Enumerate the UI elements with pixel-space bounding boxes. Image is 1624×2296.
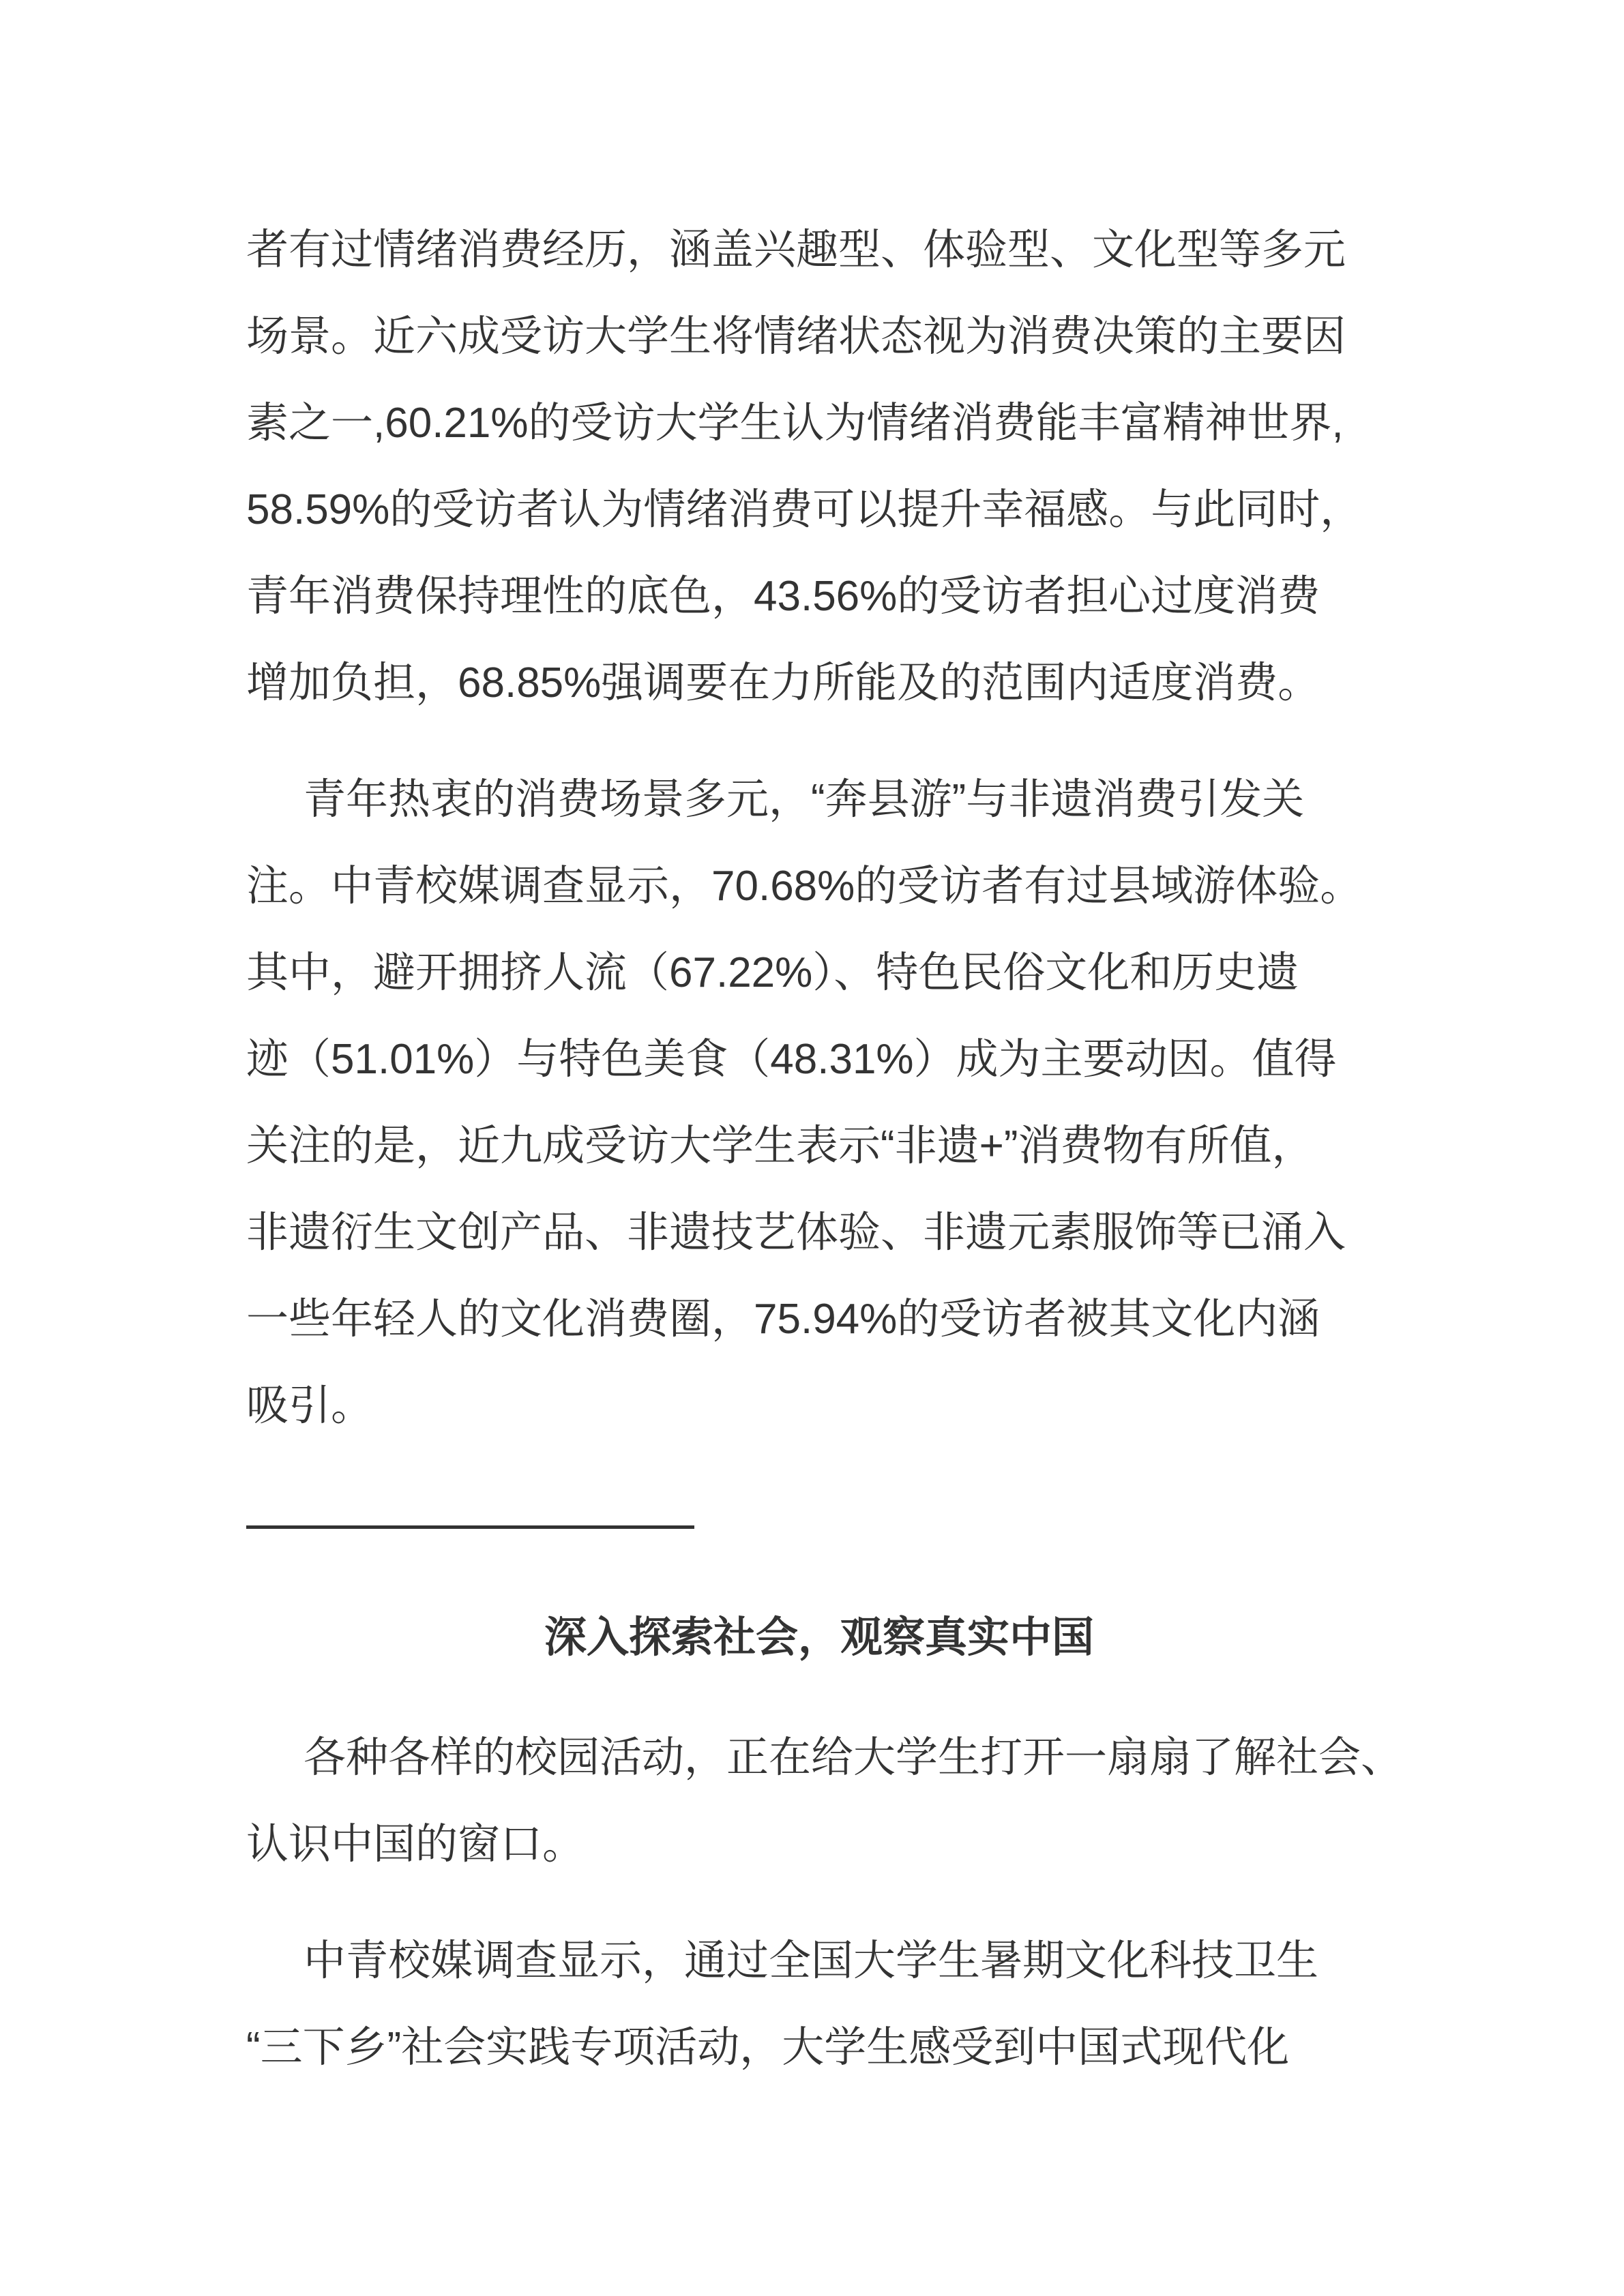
text-line: 青年热衷的消费场景多元，“奔县游”与非遗消费引发关 bbox=[246, 756, 1392, 843]
text-line: 迹（51.01%）与特色美食（48.31%）成为主要动因。值得 bbox=[246, 1016, 1392, 1103]
text-line: 关注的是，近九成受访大学生表示“非遗+”消费物有所值， bbox=[246, 1103, 1392, 1189]
text-line: 场景。近六成受访大学生将情绪状态视为消费决策的主要因 bbox=[246, 293, 1392, 380]
paragraph-consumption-scenes: 青年热衷的消费场景多元，“奔县游”与非遗消费引发关 注。中青校媒调查显示，70.… bbox=[246, 756, 1392, 1449]
text-line: 者有过情绪消费经历，涵盖兴趣型、体验型、文化型等多元 bbox=[246, 207, 1392, 293]
text-line: 一些年轻人的文化消费圈，75.94%的受访者被其文化内涵 bbox=[246, 1276, 1392, 1362]
paragraph-emotional-consumption: 者有过情绪消费经历，涵盖兴趣型、体验型、文化型等多元 场景。近六成受访大学生将情… bbox=[246, 207, 1392, 726]
text-line: 认识中国的窗口。 bbox=[246, 1801, 1392, 1888]
text-line: 各种各样的校园活动，正在给大学生打开一扇扇了解社会、 bbox=[246, 1714, 1392, 1801]
text-line: 其中，避开拥挤人流（67.22%）、特色民俗文化和历史遗 bbox=[246, 929, 1392, 1016]
text-line: 吸引。 bbox=[246, 1362, 1392, 1449]
document-page: 者有过情绪消费经历，涵盖兴趣型、体验型、文化型等多元 场景。近六成受访大学生将情… bbox=[0, 0, 1624, 2296]
text-line: 非遗衍生文创产品、非遗技艺体验、非遗元素服饰等已涌入 bbox=[246, 1189, 1392, 1276]
paragraph-sanxiaxiang: 中青校媒调查显示，通过全国大学生暑期文化科技卫生 “三下乡”社会实践专项活动，大… bbox=[246, 1918, 1392, 2091]
text-line: 青年消费保持理性的底色，43.56%的受访者担心过度消费 bbox=[246, 553, 1392, 640]
article-content: 者有过情绪消费经历，涵盖兴趣型、体验型、文化型等多元 场景。近六成受访大学生将情… bbox=[246, 207, 1392, 2091]
paragraph-campus-activities: 各种各样的校园活动，正在给大学生打开一扇扇了解社会、 认识中国的窗口。 bbox=[246, 1714, 1392, 1888]
text-line: 中青校媒调查显示，通过全国大学生暑期文化科技卫生 bbox=[246, 1918, 1392, 2004]
section-divider bbox=[246, 1525, 1392, 1529]
section-heading: 深入探索社会，观察真实中国 bbox=[246, 1594, 1392, 1681]
text-line: 素之一,60.21%的受访大学生认为情绪消费能丰富精神世界, bbox=[246, 380, 1392, 466]
divider-line bbox=[246, 1525, 694, 1529]
text-line: 增加负担，68.85%强调要在力所能及的范围内适度消费。 bbox=[246, 640, 1392, 726]
text-line: 58.59%的受访者认为情绪消费可以提升幸福感。与此同时， bbox=[246, 466, 1392, 553]
text-line: 注。中青校媒调查显示，70.68%的受访者有过县域游体验。 bbox=[246, 843, 1392, 929]
text-line: “三下乡”社会实践专项活动，大学生感受到中国式现代化 bbox=[246, 2004, 1392, 2091]
